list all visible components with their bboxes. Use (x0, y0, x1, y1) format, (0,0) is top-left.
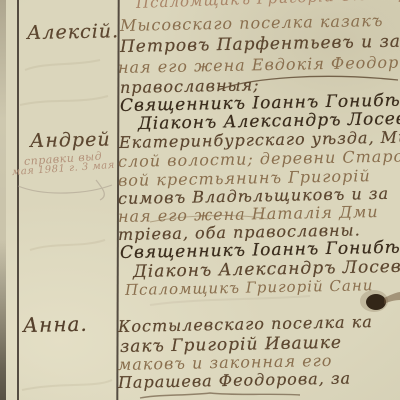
entry3-line-mother-name: Парашева Феодорова, за (118, 369, 351, 392)
entry1-clerk-line-top-cut: Псаломщикъ Григорій Сѣнкеръ (136, 0, 400, 12)
margin-name-andrey: Андрей (30, 128, 111, 152)
ink-blot-smudge (384, 292, 400, 304)
ink-blot (366, 294, 386, 310)
margin-name-aleksiy: Алексій. (27, 20, 119, 44)
entry2-line-psalmist: Псаломщикъ Григорій Сани (125, 276, 374, 299)
ghost-strokes (20, 60, 112, 390)
margin-name-anna: Анна. (23, 312, 88, 337)
bottom-partial-line (140, 393, 300, 398)
page-left-edge-shadow (0, 0, 6, 400)
register-page-scan: Алексій. Андрей справки выд мая 1981 г. … (0, 0, 400, 400)
pencil-flourish (18, 180, 112, 200)
entry1-line-settlement: Мысовскаго поселка казакъ (120, 11, 384, 35)
table-rule-left (17, 0, 19, 400)
